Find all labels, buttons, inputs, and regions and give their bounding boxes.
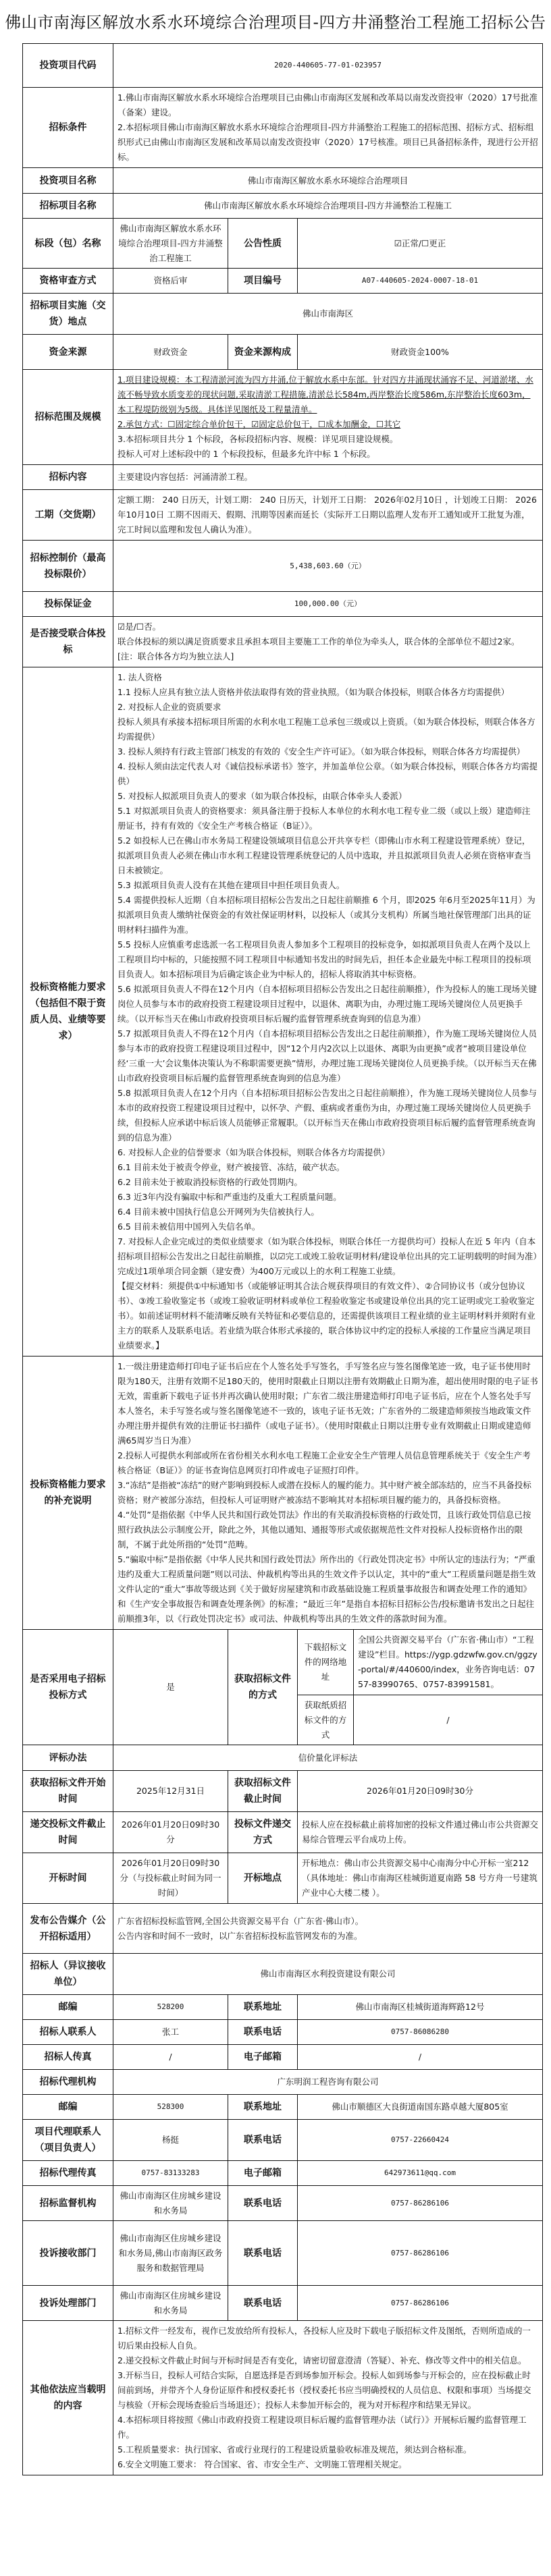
row-period: 工期（交货期） 定额工期： 240 日历天，计划工期： 240 日历天，计划开工… bbox=[23, 490, 543, 541]
row-funding: 资金来源 财政资金 资金来源构成 财政资金100% bbox=[23, 335, 543, 370]
value-agency: 广东明润工程咨询有限公司 bbox=[113, 2070, 543, 2095]
row-tenderer-contact: 招标人联系人 张工 联系电话 0757-86086280 bbox=[23, 2020, 543, 2045]
label-agency-email: 电子邮箱 bbox=[228, 2161, 298, 2186]
value-period: 定额工期： 240 日历天，计划工期： 240 日历天，计划开工日期： 2026… bbox=[113, 490, 543, 541]
value-deposit: 100,000.00（元） bbox=[113, 592, 543, 617]
value-scope: 1.项目建设规模：本工程清淤河流为四方井涌,位于解放水系中东部。针对四方井涌现状… bbox=[113, 370, 543, 465]
value-tenderer-phone: 0757-86086280 bbox=[298, 2020, 543, 2045]
row-opening: 开标时间 2026年01月20日09时30分（与投标截止时间为同一时间） 开标地… bbox=[23, 1853, 543, 1904]
label-scope: 招标范围及规模 bbox=[23, 370, 113, 465]
label-media: 发布公告媒介（公开招标适用） bbox=[23, 1904, 113, 1954]
qualification-line: 5.8 拟派项目负责人在12个月内（自本招标项目招标公告发出之日起往前顺推），作… bbox=[117, 1086, 538, 1145]
row-review: 资格审查方式 资格后审 项目编号 A07-440605-2024-0007-18… bbox=[23, 269, 543, 294]
media-line: 公告内容和时间不一致时，以广东省招标投标监管网发布的为准。 bbox=[117, 1929, 538, 1944]
value-conditions: 1.佛山市南海区解放水系水环境综合治理项目已由佛山市南海区发展和改革局以南发改资… bbox=[113, 88, 543, 168]
qualification-line: 5.2 如投标人已在佛山市水务局工程建设领域项目信息公开共享专栏（即佛山市水利工… bbox=[117, 833, 538, 878]
label-complaint-receive: 投诉接收部门 bbox=[23, 2221, 113, 2286]
label-agency-contact: 项目代理联系人（项目负责人） bbox=[23, 2120, 113, 2161]
row-content: 招标内容 主要建设内容包括：河涌清淤工程。 bbox=[23, 465, 543, 490]
value-supplement: 1.一级注册建造师打印电子证书后应在个人签名处手写签名，手写签名应与签名图像笔迹… bbox=[113, 1356, 543, 1630]
label-supervisor-phone: 联系电话 bbox=[228, 2186, 298, 2221]
value-submit-deadline: 2026年01月20日09时30分 bbox=[113, 1812, 228, 1853]
row-supplement: 投标资格能力要求的补充说明 1.一级注册建造师打印电子证书后应在个人签名处手写签… bbox=[23, 1356, 543, 1630]
row-location: 招标项目实施（交货）地点 佛山市南海区 bbox=[23, 294, 543, 335]
label-tender-name: 招标项目名称 bbox=[23, 194, 113, 219]
announcement-table: 投资项目代码 2020-440605-77-01-023957 招标条件 1.佛… bbox=[22, 43, 543, 2475]
qualification-line: 6.5 目前未被信用中国列入失信名单。 bbox=[117, 1220, 538, 1234]
qualification-line: 5.3 拟派项目负责人没有在其他在建项目中担任项目负责人。 bbox=[117, 878, 538, 893]
label-submit-deadline: 递交投标文件截止时间 bbox=[23, 1812, 113, 1853]
row-section: 标段（包）名称 佛山市南海区解放水系水环境综合治理项目-四方井涌整治工程施工 公… bbox=[23, 219, 543, 269]
media-line: 广东省招标投标监管网,全国公共资源交易平台（广东省·佛山市）。 bbox=[117, 1914, 538, 1929]
label-tenderer-fax: 招标人传真 bbox=[23, 2045, 113, 2070]
label-tenderer-contact: 招标人联系人 bbox=[23, 2020, 113, 2045]
label-agency: 招标代理机构 bbox=[23, 2070, 113, 2095]
label-supplement: 投标资格能力要求的补充说明 bbox=[23, 1356, 113, 1630]
label-obtain-start: 获取招标文件开始时间 bbox=[23, 1771, 113, 1812]
value-media: 广东省招标投标监管网,全国公共资源交易平台（广东省·佛山市）。 公告内容和时间不… bbox=[113, 1904, 543, 1954]
value-electronic: 是 bbox=[113, 1630, 228, 1745]
label-conditions: 招标条件 bbox=[23, 88, 113, 168]
label-section: 标段（包）名称 bbox=[23, 219, 113, 269]
value-tenderer-address: 佛山市南海区桂城街道海辉路12号 bbox=[298, 1995, 543, 2020]
qualification-line: 1. 法人资格 bbox=[117, 670, 538, 685]
value-tenderer-zip: 528200 bbox=[113, 1995, 228, 2020]
value-tenderer-fax: / bbox=[113, 2045, 228, 2070]
scope-line: 投标人可对上述标段中的 1 个标段投标，但最多允许中标 1 个标段。 bbox=[117, 447, 538, 462]
other-line: 2.递交投标文件截止时间与开标时间是否有变化，请密切留意澄清（答疑）、补充、修改… bbox=[117, 2353, 538, 2368]
row-qualification: 投标资格能力要求（包括但不限于资质人员、业绩等要求） 1. 法人资格 1.1 投… bbox=[23, 667, 543, 1356]
label-tenderer-email: 电子邮箱 bbox=[228, 2045, 298, 2070]
row-tenderer-fax: 招标人传真 / 电子邮箱 / bbox=[23, 2045, 543, 2070]
label-review: 资格审查方式 bbox=[23, 269, 113, 294]
qualification-line: 5.7 拟派项目负责人不得在12个月内（自本招标项目招标公告发出之日起往前顺推）… bbox=[117, 1026, 538, 1086]
other-line: 3.开标当日，投标人可结合实际，自愿选择是否到场参加开标会。投标人如到场参与开标… bbox=[117, 2368, 538, 2413]
value-complaint-handle: 佛山市南海区住房城乡建设和水务局 bbox=[113, 2286, 228, 2321]
row-other: 其他依法应当载明的内容 1.招标文件一经发布，视作已发放给所有投标人，各投标人应… bbox=[23, 2321, 543, 2475]
qualification-line: 7. 对投标人企业完成过的类似业绩要求（如为联合体投标，则联合体任一方提供均可）… bbox=[117, 1234, 538, 1279]
row-submit: 递交投标文件截止时间 2026年01月20日09时30分 投标文件递交方式 投标… bbox=[23, 1812, 543, 1853]
value-invest-code: 2020-440605-77-01-023957 bbox=[113, 44, 543, 88]
label-supervisor: 招标监督机构 bbox=[23, 2186, 113, 2221]
qualification-line: 5.5 投标人应慎重考虑选派一名工程项目负责人参加多个工程项目的投标竞争，如拟派… bbox=[117, 937, 538, 982]
qualification-line: 6.4 目前未被中国执行信息公开网列为失信被执行人。 bbox=[117, 1205, 538, 1220]
condition-line: 2.本招标项目佛山市南海区解放水系水环境综合治理项目-四方井涌整治工程施工的招标… bbox=[117, 120, 538, 165]
row-agency: 招标代理机构 广东明润工程咨询有限公司 bbox=[23, 2070, 543, 2095]
value-agency-contact: 杨挺 bbox=[113, 2120, 228, 2161]
label-consortium: 是否接受联合体投标 bbox=[23, 617, 113, 667]
value-complaint-receive: 佛山市南海区住房城乡建设和水务局,佛山市南海区政务服务和数据管理局 bbox=[113, 2221, 228, 2286]
supplement-line: 1.一级注册建造师打印电子证书后应在个人签名处手写签名，手写签名应与签名图像笔迹… bbox=[117, 1359, 538, 1448]
supplement-line: 4.“处罚”是指依据《中华人民共和国行政处罚法》作出的有关取消投标资格的行政处罚… bbox=[117, 1508, 538, 1552]
label-period: 工期（交货期） bbox=[23, 490, 113, 541]
qualification-line: 6.1 目前未处于被责令停业，财产被接管、冻结，破产状态。 bbox=[117, 1160, 538, 1175]
label-complaint-handle-phone: 联系电话 bbox=[228, 2286, 298, 2321]
value-agency-email[interactable]: 642973611@qq.com bbox=[298, 2161, 543, 2186]
value-tenderer-contact: 张工 bbox=[113, 2020, 228, 2045]
qualification-line: 5.6 拟派项目负责人不得在12个月内（自本招标项目招标公告发出之日起往前顺推）… bbox=[117, 982, 538, 1026]
consortium-line: 联合体投标的须以满足资质要求且承担本项目主要施工工作的单位为牵头人，联合体的全部… bbox=[117, 634, 538, 664]
row-invest-name: 投资项目名称 佛山市南海区解放水系水环境综合治理项目 bbox=[23, 168, 543, 194]
label-funding-composition: 资金来源构成 bbox=[228, 335, 298, 370]
label-qualification: 投标资格能力要求（包括但不限于资质人员、业绩等要求） bbox=[23, 667, 113, 1356]
label-content: 招标内容 bbox=[23, 465, 113, 490]
label-project-code: 项目编号 bbox=[228, 269, 298, 294]
value-agency-address: 佛山市顺德区大良街道南国东路卓越大厦805室 bbox=[298, 2095, 543, 2120]
condition-line: 1.佛山市南海区解放水系水环境综合治理项目已由佛山市南海区发展和改革局以南发改资… bbox=[117, 90, 538, 120]
value-tender-name: 佛山市南海区解放水系水环境综合治理项目-四方井涌整治工程施工 bbox=[113, 194, 543, 219]
label-submit-method: 投标文件递交方式 bbox=[228, 1812, 298, 1853]
value-agency-phone: 0757-22660424 bbox=[298, 2120, 543, 2161]
value-opening-time: 2026年01月20日09时30分（与投标截止时间为同一时间） bbox=[113, 1853, 228, 1904]
value-complaint-receive-phone: 0757-86286106 bbox=[298, 2221, 543, 2286]
label-complaint-handle: 投诉处理部门 bbox=[23, 2286, 113, 2321]
label-opening-place: 开标地点 bbox=[228, 1853, 298, 1904]
label-complaint-receive-phone: 联系电话 bbox=[228, 2221, 298, 2286]
label-agency-zip: 邮编 bbox=[23, 2095, 113, 2120]
row-agency-fax: 招标代理传真 0757-83133283 电子邮箱 642973611@qq.c… bbox=[23, 2161, 543, 2186]
qualification-line: 5.4 需提供投标人近期（自本招标项目招标公告发出之日起往前顺推 6 个月，即2… bbox=[117, 893, 538, 937]
row-conditions: 招标条件 1.佛山市南海区解放水系水环境综合治理项目已由佛山市南海区发展和改革局… bbox=[23, 88, 543, 168]
label-other: 其他依法应当载明的内容 bbox=[23, 2321, 113, 2475]
label-opening-time: 开标时间 bbox=[23, 1853, 113, 1904]
value-consortium: ☑是/☐否。 联合体投标的须以满足资质要求且承担本项目主要施工工作的单位为牵头人… bbox=[113, 617, 543, 667]
label-obtain-end: 获取招标文件截止时间 bbox=[228, 1771, 298, 1812]
row-obtain-time: 获取招标文件开始时间 2025年12月31日 获取招标文件截止时间 2026年0… bbox=[23, 1771, 543, 1812]
label-electronic: 是否采用电子招标投标方式 bbox=[23, 1630, 113, 1745]
row-consortium: 是否接受联合体投标 ☑是/☐否。 联合体投标的须以满足资质要求且承担本项目主要施… bbox=[23, 617, 543, 667]
tender-announcement: 佛山市南海区解放水系水环境综合治理项目-四方井涌整治工程施工招标公告 投资项目代… bbox=[0, 0, 551, 2502]
label-invest-name: 投资项目名称 bbox=[23, 168, 113, 194]
label-download-url: 下载招标文件的网络地址 bbox=[298, 1630, 354, 1695]
value-supervisor-phone: 0757-86286106 bbox=[298, 2186, 543, 2221]
qualification-line: 6. 对投标人企业的信誉要求（如为联合体投标，则联合体各方均需提供） bbox=[117, 1145, 538, 1160]
value-submit-method: 投标人应在投标截止前将加密的投标文件通过佛山市公共资源交易综合管理云平台成功上传… bbox=[298, 1812, 543, 1853]
row-evaluation: 评标办法 信价量化评标法 bbox=[23, 1745, 543, 1771]
label-paper-method: 获取纸质招标文件的方式 bbox=[298, 1695, 354, 1745]
value-notice-nature: ☑正常/☐更正 bbox=[298, 219, 543, 269]
value-opening-place: 开标地点：佛山市公共资源交易中心南海分中心开标一室212（具体地址：佛山市南海区… bbox=[298, 1853, 543, 1904]
scope-line: 3.本招标项目共分 1 个标段，各标段招标内容、规模：详见项目建设规模。 bbox=[117, 432, 538, 447]
value-content: 主要建设内容包括：河涌清淤工程。 bbox=[113, 465, 543, 490]
value-evaluation: 信价量化评标法 bbox=[113, 1745, 543, 1771]
label-agency-address: 联系地址 bbox=[228, 2095, 298, 2120]
row-agency-zip: 邮编 528300 联系地址 佛山市顺德区大良街道南国东路卓越大厦805室 bbox=[23, 2095, 543, 2120]
value-agency-zip: 528300 bbox=[113, 2095, 228, 2120]
value-agency-fax: 0757-83133283 bbox=[113, 2161, 228, 2186]
row-agency-contact: 项目代理联系人（项目负责人） 杨挺 联系电话 0757-22660424 bbox=[23, 2120, 543, 2161]
qualification-line: 2. 对投标人企业的资质要求 bbox=[117, 700, 538, 715]
row-supervisor: 招标监督机构 佛山市南海区住房城乡建设和水务局 联系电话 0757-862861… bbox=[23, 2186, 543, 2221]
row-price: 招标控制价（最高投标限价） 5,438,603.60（元） bbox=[23, 541, 543, 592]
value-price: 5,438,603.60（元） bbox=[113, 541, 543, 592]
label-invest-code: 投资项目代码 bbox=[23, 44, 113, 88]
row-media: 发布公告媒介（公开招标适用） 广东省招标投标监管网,全国公共资源交易平台（广东省… bbox=[23, 1904, 543, 1954]
label-evaluation: 评标办法 bbox=[23, 1745, 113, 1771]
value-tenderer: 佛山市南海区水利投资建设有限公司 bbox=[113, 1954, 543, 1995]
label-location: 招标项目实施（交货）地点 bbox=[23, 294, 113, 335]
row-complaint-receive: 投诉接收部门 佛山市南海区住房城乡建设和水务局,佛山市南海区政务服务和数据管理局… bbox=[23, 2221, 543, 2286]
value-supervisor: 佛山市南海区住房城乡建设和水务局 bbox=[113, 2186, 228, 2221]
qualification-line: 4. 投标人须由法定代表人对《诚信投标承诺书》签字，并加盖单位公章。（如为联合体… bbox=[117, 759, 538, 789]
label-agency-phone: 联系电话 bbox=[228, 2120, 298, 2161]
value-complaint-handle-phone: 0757-86286106 bbox=[298, 2286, 543, 2321]
label-funding: 资金来源 bbox=[23, 335, 113, 370]
row-complaint-handle: 投诉处理部门 佛山市南海区住房城乡建设和水务局 联系电话 0757-862861… bbox=[23, 2286, 543, 2321]
label-agency-fax: 招标代理传真 bbox=[23, 2161, 113, 2186]
value-section: 佛山市南海区解放水系水环境综合治理项目-四方井涌整治工程施工 bbox=[113, 219, 228, 269]
other-line: 4.本招标项目将按照《佛山市政府投资工程建设项目标后履约监督管理办法（试行）》开… bbox=[117, 2413, 538, 2442]
value-paper-method: / bbox=[354, 1695, 543, 1745]
value-obtain-start: 2025年12月31日 bbox=[113, 1771, 228, 1812]
other-line: 6.安全文明施工要求： 符合国家、省、市安全生产、文明施工管理相关规定。 bbox=[117, 2457, 538, 2472]
qualification-line: 5. 对投标人拟派项目负责人的要求（如为联合体投标，由联合体牵头人委派） bbox=[117, 789, 538, 804]
supplement-line: 2.投标人可提供水利部或所在省份相关水利水电工程施工企业安全生产管理人员信息管理… bbox=[117, 1448, 538, 1478]
qualification-line: 1.1 投标人应具有独立法人资格并依法取得有效的营业执照。（如为联合体投标，则联… bbox=[117, 685, 538, 700]
value-tenderer-email: / bbox=[298, 2045, 543, 2070]
value-funding-composition: 财政资金100% bbox=[298, 335, 543, 370]
scope-line: 2.承包方式：☐固定综合单价包干，☑固定总价包干，☐成本加酬金，☐其它 bbox=[117, 417, 538, 432]
qualification-line: 【提交材料：须提供①中标通知书（或能够证明其合法合规获得项目的有效文件）、②合同… bbox=[117, 1279, 538, 1353]
qualification-line: 投标人须具有承接本招标项目所需的水利水电工程施工总承包三级或以上资质。（如为联合… bbox=[117, 715, 538, 744]
other-line: 1.招标文件一经发布，视作已发放给所有投标人，各投标人应及时下载电子版招标文件及… bbox=[117, 2324, 538, 2353]
row-electronic: 是否采用电子招标投标方式 是 获取招标文件的方式 下载招标文件的网络地址 全国公… bbox=[23, 1630, 543, 1695]
label-deposit: 投标保证金 bbox=[23, 592, 113, 617]
label-obtain-method: 获取招标文件的方式 bbox=[228, 1630, 298, 1745]
qualification-line: 6.3 近3年内没有骗取中标和严重违约及重大工程质量问题。 bbox=[117, 1190, 538, 1205]
label-notice-nature: 公告性质 bbox=[228, 219, 298, 269]
value-project-code: A07-440605-2024-0007-18-01 bbox=[298, 269, 543, 294]
label-tenderer: 招标人（异议接收单位） bbox=[23, 1954, 113, 1995]
value-review: 资格后审 bbox=[113, 269, 228, 294]
value-obtain-end: 2026年01月20日09时30分 bbox=[298, 1771, 543, 1812]
qualification-line: 6.2 目前未处于被取消投标资格的行政处罚期内。 bbox=[117, 1175, 538, 1190]
scope-line: 1.项目建设规模：本工程清淤河流为四方井涌,位于解放水系中东部。针对四方井涌现状… bbox=[117, 373, 538, 417]
supplement-line: 5.“骗取中标”是指依据《中华人民共和国行政处罚法》所作出的《行政处罚决定书》中… bbox=[117, 1552, 538, 1626]
row-tenderer-zip: 邮编 528200 联系地址 佛山市南海区桂城街道海辉路12号 bbox=[23, 1995, 543, 2020]
label-tenderer-address: 联系地址 bbox=[228, 1995, 298, 2020]
consortium-line: ☑是/☐否。 bbox=[117, 620, 538, 634]
row-tender-name: 招标项目名称 佛山市南海区解放水系水环境综合治理项目-四方井涌整治工程施工 bbox=[23, 194, 543, 219]
value-other: 1.招标文件一经发布，视作已发放给所有投标人，各投标人应及时下载电子版招标文件及… bbox=[113, 2321, 543, 2475]
other-line: 5.工程质量要求：执行国家、省或行业现行的工程建设质量验收标准及规范，须达到合格… bbox=[117, 2442, 538, 2457]
value-location: 佛山市南海区 bbox=[113, 294, 543, 335]
value-funding: 财政资金 bbox=[113, 335, 228, 370]
qualification-line: 3. 投标人须持有行政主管部门核发的有效的《安全生产许可证》。（如为联合体投标，… bbox=[117, 744, 538, 759]
value-invest-name: 佛山市南海区解放水系水环境综合治理项目 bbox=[113, 168, 543, 194]
row-tenderer: 招标人（异议接收单位） 佛山市南海区水利投资建设有限公司 bbox=[23, 1954, 543, 1995]
value-download-url[interactable]: 全国公共资源交易平台（广东省·佛山市）“工程建设”栏目。https://ygp.… bbox=[354, 1630, 543, 1695]
value-qualification: 1. 法人资格 1.1 投标人应具有独立法人资格并依法取得有效的营业执照。（如为… bbox=[113, 667, 543, 1356]
row-invest-code: 投资项目代码 2020-440605-77-01-023957 bbox=[23, 44, 543, 88]
supplement-line: 3.“冻结”是指被“冻结”的财产影响到投标人或潜在投标人的履约能力。其中财产被全… bbox=[117, 1478, 538, 1508]
page-title: 佛山市南海区解放水系水环境综合治理项目-四方井涌整治工程施工招标公告 bbox=[0, 11, 551, 34]
row-scope: 招标范围及规模 1.项目建设规模：本工程清淤河流为四方井涌,位于解放水系中东部。… bbox=[23, 370, 543, 465]
qualification-line: 5.1 对拟派项目负责人的资格要求：须具备注册于投标人本单位的水利水电工程专业二… bbox=[117, 804, 538, 833]
row-deposit: 投标保证金 100,000.00（元） bbox=[23, 592, 543, 617]
label-tenderer-phone: 联系电话 bbox=[228, 2020, 298, 2045]
label-tenderer-zip: 邮编 bbox=[23, 1995, 113, 2020]
label-price: 招标控制价（最高投标限价） bbox=[23, 541, 113, 592]
